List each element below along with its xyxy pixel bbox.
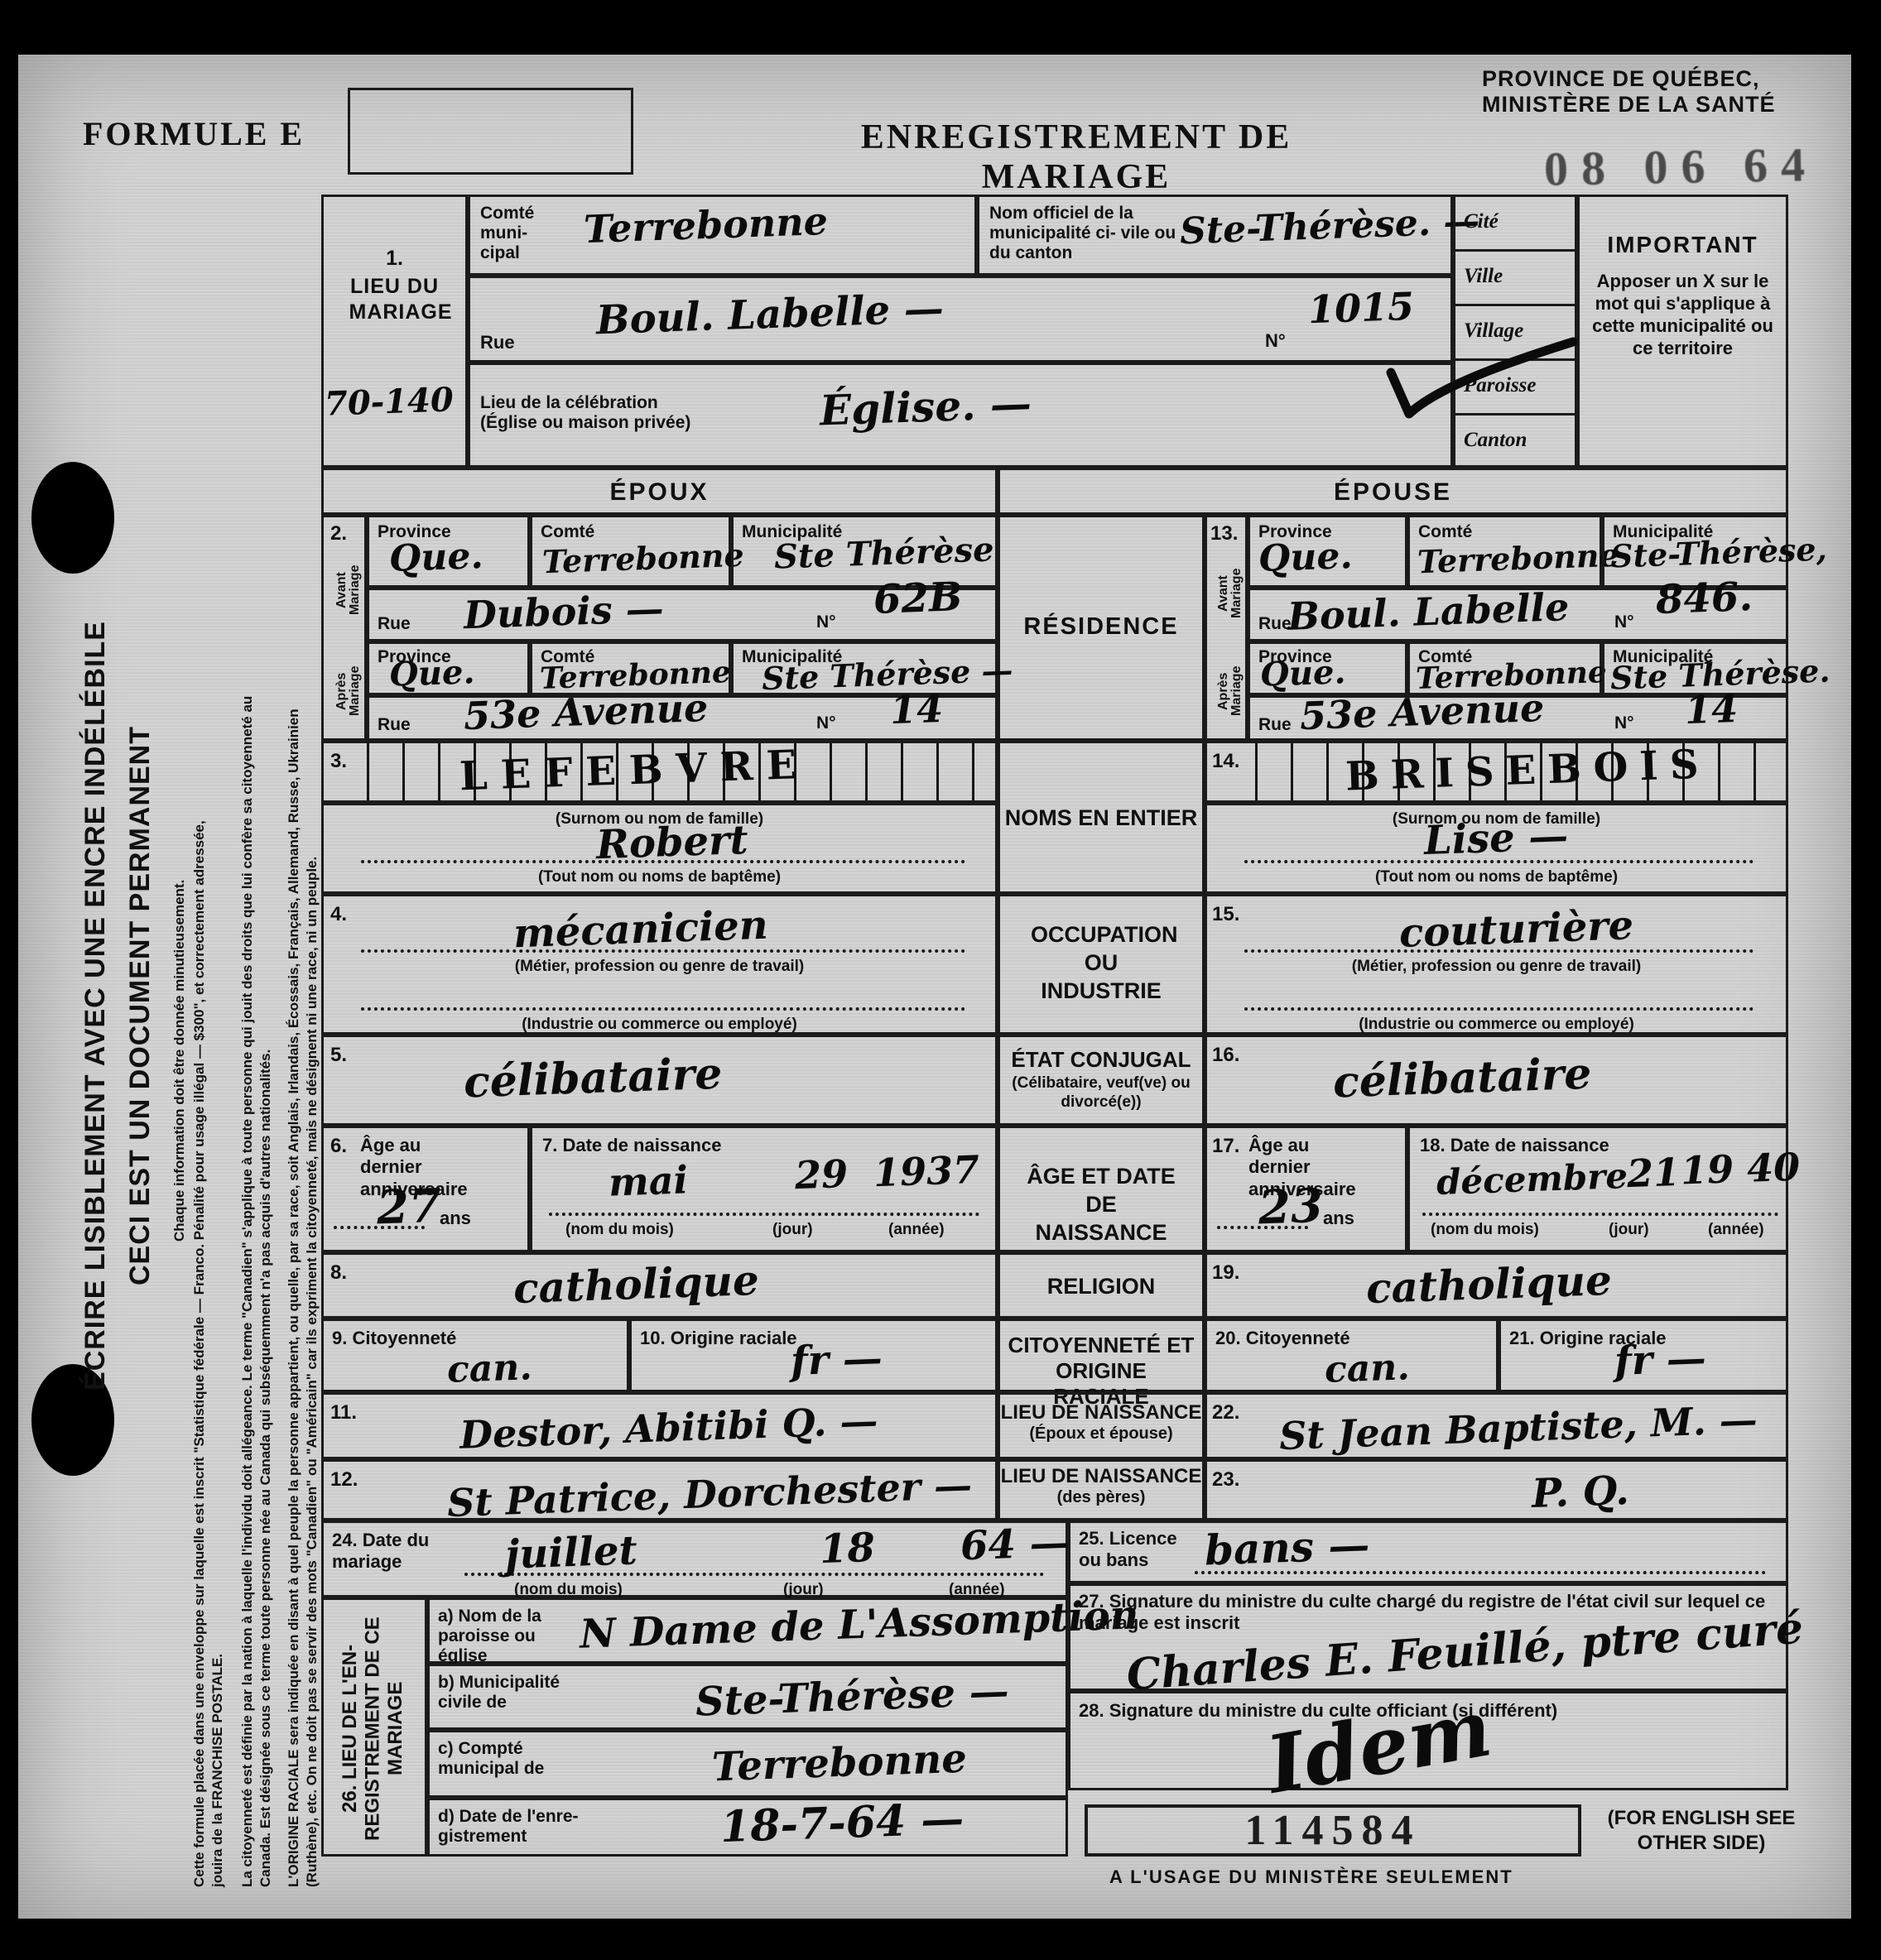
- epouse-citoyennete-label: 20. Citoyenneté: [1215, 1328, 1496, 1349]
- ministry-use-note: A L'USAGE DU MINISTÈRE SEULEMENT: [1109, 1866, 1513, 1888]
- section1-label-cell: 1. LIEU DU MARIAGE: [321, 195, 468, 468]
- hw-date-mariage-annee: 64 —: [960, 1520, 1070, 1570]
- given-caption-epoux: (Tout nom ou noms de baptême): [324, 868, 995, 886]
- page-title: ENREGISTREMENT DE MARIAGE: [770, 118, 1383, 197]
- epouse-age-number: 17.: [1212, 1135, 1239, 1158]
- margin-note-4: L'ORIGINE RACIALE sera indiquée en disan…: [285, 687, 321, 1887]
- residence-label: RÉSIDENCE: [1023, 613, 1178, 640]
- hw-licence: bans —: [1204, 1520, 1370, 1575]
- given-caption-epouse: (Tout nom ou noms de baptême): [1207, 868, 1786, 886]
- epouse-occupation-number: 15.: [1212, 903, 1239, 926]
- hw-epouse-apres-rue: 53e Avenue: [1299, 685, 1545, 738]
- hw-epoux-avant-municipalite: Ste Thérèse: [773, 530, 994, 576]
- margin-note-1: Chaque information doit être donnée minu…: [171, 414, 188, 1242]
- epouse-birthplace-number: 22.: [1212, 1401, 1239, 1424]
- religion-center-cell: RELIGION: [998, 1252, 1205, 1319]
- ministry-line2: MINISTÈRE DE LA SANTÉ: [1482, 92, 1805, 118]
- d24-cap-mois: (nom du mois): [514, 1581, 623, 1599]
- noms-center-label: NOMS EN ENTIER: [1000, 805, 1202, 831]
- age-center-cell: ÂGE ET DATE DE NAISSANCE: [998, 1126, 1205, 1252]
- section26-label: 26. LIEU DE L'EN- REGISTREMENT DE CE MAR…: [339, 1607, 413, 1851]
- empty-header-box: [348, 88, 633, 175]
- margin-note-3: La citoyenneté est définie par la nation…: [238, 687, 275, 1887]
- epoux-cap-mois: (nom du mois): [565, 1221, 674, 1239]
- hw-epouse-citoyennete: can.: [1324, 1346, 1410, 1391]
- epouse-father-birthplace-number: 23.: [1212, 1468, 1239, 1492]
- hw-epoux-dob-annee: 1937: [873, 1147, 980, 1195]
- hw-epoux-age: 27: [376, 1179, 442, 1236]
- noms-center-cell: NOMS EN ENTIER: [998, 741, 1205, 894]
- birthplace-center-label: LIEU DE NAISSANCE: [1000, 1401, 1202, 1424]
- occupation-center-cell: OCCUPATION OU INDUSTRIE: [998, 894, 1205, 1035]
- margin-warning-line1: ÉCRIRE LISIBLEMENT AVEC UNE ENCRE INDÉLÉ…: [79, 368, 112, 1643]
- date-stamp: 08 06 64: [1543, 137, 1818, 197]
- option-ville: Ville: [1455, 252, 1575, 306]
- father-birthplace-center-sub: (des pères): [1000, 1488, 1202, 1507]
- important-title: IMPORTANT: [1580, 232, 1786, 258]
- occupation-caption1-epouse: (Métier, profession ou genre de travail): [1207, 958, 1786, 976]
- epoux-cap-jour: (jour): [772, 1221, 813, 1239]
- no-label: N°: [1265, 330, 1286, 352]
- section1-number: 1.: [324, 247, 465, 271]
- row26b-label: b) Municipalité civile de: [438, 1673, 579, 1713]
- etat-center-cell: ÉTAT CONJUGAL (Célibataire, veuf(ve) ou …: [998, 1035, 1205, 1126]
- epoux-surname-number: 3.: [330, 750, 347, 773]
- hw-epouse-apres-province: Que.: [1259, 652, 1346, 694]
- epoux-father-birthplace-number: 12.: [330, 1468, 358, 1492]
- epoux-header-label: ÉPOUX: [609, 478, 709, 506]
- hw-epouse-dob-mois: décembre: [1436, 1155, 1628, 1203]
- comte-municipal-label: Comté muni- cipal: [480, 204, 559, 263]
- epoux-age-number: 6.: [330, 1135, 347, 1158]
- english-note: (FOR ENGLISH SEE OTHER SIDE): [1606, 1806, 1797, 1856]
- serial-box: 114584: [1085, 1804, 1581, 1857]
- hw-epoux-dob-jour: 29: [794, 1151, 849, 1198]
- epouse-apres-label: Après Mariage: [1217, 646, 1244, 737]
- residence-center-cell: RÉSIDENCE: [998, 515, 1205, 741]
- no-label-w3: N°: [1614, 713, 1634, 733]
- nom-officiel-label: Nom officiel de la municipalité ci- vile…: [989, 204, 1184, 263]
- hw-epouse-origine: fr —: [1614, 1335, 1707, 1385]
- hw-epouse-dob-annee: 19 40: [1680, 1145, 1801, 1194]
- rue-label-3: Rue: [378, 715, 411, 735]
- hw-epoux-citoyennete: can.: [446, 1346, 532, 1391]
- birthplace-center-cell: LIEU DE NAISSANCE (Époux et épouse): [998, 1392, 1205, 1459]
- date-mariage-label: 24. Date du mariage: [332, 1530, 448, 1573]
- hw-epouse-avant-no: 846.: [1655, 574, 1754, 623]
- hw-epoux-etat: célibataire: [463, 1049, 723, 1108]
- section26-side-cell: 26. LIEU DE L'EN- REGISTREMENT DE CE MAR…: [321, 1597, 427, 1857]
- hw-epoux-apres-rue: 53e Avenue: [463, 685, 709, 738]
- epouse-residence-number: 13.: [1210, 522, 1238, 545]
- ministry-line1: PROVINCE DE QUÉBEC,: [1482, 66, 1805, 92]
- epouse-father-birthplace-cell: 23.: [1205, 1459, 1788, 1520]
- epoux-avant-label: Avant Mariage: [335, 549, 362, 632]
- hw-epoux-religion: catholique: [512, 1256, 760, 1313]
- etat-center-sub: (Célibataire, veuf(ve) ou divorcé(e)): [1007, 1074, 1195, 1112]
- etat-center-label: ÉTAT CONJUGAL: [1000, 1047, 1202, 1073]
- important-cell: IMPORTANT Apposer un X sur le mot qui s'…: [1577, 195, 1788, 468]
- row26c-label: c) Compté municipal de: [438, 1739, 595, 1779]
- hw-comte-municipal: Terrebonne: [583, 199, 829, 252]
- hw-epoux-occupation: mécanicien: [512, 902, 768, 958]
- no-label-2: N°: [816, 612, 836, 632]
- hw-code: 70-140: [324, 380, 454, 423]
- epoux-cap-annee: (année): [888, 1221, 945, 1239]
- scanned-marriage-registration: { "colors": {"paper":"#d3d3d3","ink":"#1…: [0, 0, 1881, 1960]
- hw-epoux-given: Robert: [595, 817, 748, 868]
- ministry-block: PROVINCE DE QUÉBEC, MINISTÈRE DE LA SANT…: [1482, 66, 1805, 118]
- occupation-center-label: OCCUPATION OU INDUSTRIE: [1031, 921, 1171, 1005]
- d24-cap-jour: (jour): [783, 1581, 824, 1599]
- epoux-citoyennete-label: 9. Citoyenneté: [332, 1328, 627, 1349]
- no-label-3: N°: [816, 713, 836, 733]
- hw-epouse-avant-municipalite: Ste-Thérèse,: [1609, 530, 1827, 574]
- father-birthplace-center-cell: LIEU DE NAISSANCE (des pères): [998, 1459, 1205, 1520]
- hw-date-mariage-mois: juillet: [504, 1527, 638, 1578]
- epoux-religion-number: 8.: [330, 1261, 347, 1285]
- epoux-etat-number: 5.: [330, 1044, 347, 1067]
- paroisse-check-icon: [1366, 335, 1581, 426]
- occupation-caption1-epoux: (Métier, profession ou genre de travail): [324, 958, 995, 976]
- epouse-cap-jour: (jour): [1609, 1221, 1649, 1239]
- hw-epoux-origine: fr —: [790, 1335, 883, 1385]
- hw-date-mariage-jour: 18: [819, 1525, 876, 1573]
- epouse-religion-number: 19.: [1212, 1261, 1239, 1285]
- hw-epouse-father-birthplace: P. Q.: [1531, 1468, 1630, 1517]
- option-cite: Cité: [1455, 197, 1575, 252]
- hw-epoux-apres-province: Que.: [388, 652, 475, 694]
- hw-epouse-dob-jour: 21: [1626, 1150, 1681, 1196]
- hw-epouse-apres-no: 14: [1684, 686, 1739, 733]
- epouse-header: ÉPOUSE: [998, 468, 1788, 515]
- hw-date-enregistrement: 18-7-64 —: [719, 1794, 965, 1852]
- epoux-residence-number: 2.: [330, 522, 347, 545]
- rue-label-2: Rue: [378, 614, 411, 634]
- licence-cell: 25. Licence ou bans: [1068, 1520, 1788, 1583]
- epoux-birthplace-number: 11.: [330, 1401, 357, 1424]
- epouse-ans-label: ans: [1323, 1208, 1354, 1229]
- epouse-avant-label: Avant Mariage: [1217, 552, 1244, 635]
- hw-epouse-avant-comte: Terrebonne: [1417, 536, 1619, 580]
- hw-epoux-dob-mois: mai: [608, 1157, 689, 1204]
- epoux-ans-label: ans: [440, 1208, 471, 1229]
- citoyennete-center-cell: CITOYENNETÉ ET ORIGINE RACIALE: [998, 1319, 1205, 1392]
- rue-label-w: Rue: [1258, 614, 1292, 634]
- epouse-etat-number: 16.: [1212, 1044, 1239, 1067]
- epoux-residence-side-cell: 2. Avant Mariage Après Mariage: [321, 515, 367, 741]
- epouse-header-label: ÉPOUSE: [1334, 478, 1452, 506]
- hw-epoux-avant-no: 62B: [873, 574, 963, 623]
- age-center-label: ÂGE ET DATE DE NAISSANCE: [1018, 1163, 1184, 1247]
- epoux-header: ÉPOUX: [321, 468, 998, 515]
- hw-epouse-age: 23: [1258, 1179, 1324, 1236]
- epoux-apres-label: Après Mariage: [335, 646, 362, 737]
- margin-note-2: Cette formule placée dans une enveloppe …: [190, 811, 227, 1887]
- epoux-occupation-number: 4.: [330, 903, 347, 926]
- epouse-surname-number: 14.: [1212, 750, 1239, 773]
- epouse-cap-annee: (année): [1708, 1221, 1764, 1239]
- row26d-label: d) Date de l'enre- gistrement: [438, 1807, 579, 1847]
- father-birthplace-center-label: LIEU DE NAISSANCE: [1000, 1465, 1202, 1488]
- hw-epoux-avant-province: Que.: [388, 535, 483, 580]
- hw-epouse-avant-province: Que.: [1258, 535, 1353, 580]
- occupation-caption2-epouse: (Industrie ou commerce ou employé): [1207, 1016, 1786, 1034]
- hw-epouse-occupation: couturière: [1398, 902, 1634, 957]
- row26a-label: a) Nom de la paroisse ou église: [438, 1607, 579, 1666]
- epouse-cap-mois: (nom du mois): [1431, 1221, 1539, 1239]
- section1-title: LIEU DU MARIAGE: [349, 274, 440, 326]
- no-label-w: N°: [1614, 612, 1634, 632]
- hw-epoux-apres-no: 14: [889, 686, 944, 733]
- hw-epouse-given: Lise —: [1423, 813, 1569, 864]
- margin-warning-line2: CECI EST UN DOCUMENT PERMANENT: [124, 368, 156, 1643]
- date-mariage-cell: 24. Date du mariage (nom du mois) (jour)…: [321, 1520, 1068, 1597]
- hw-epouse-religion: catholique: [1365, 1256, 1613, 1313]
- rue-label: Rue: [480, 332, 515, 353]
- occupation-caption2-epoux: (Industrie ou commerce ou employé): [324, 1016, 995, 1034]
- hw-epouse-etat: célibataire: [1332, 1049, 1592, 1108]
- licence-label: 25. Licence ou bans: [1079, 1528, 1178, 1572]
- important-text: Apposer un X sur le mot qui s'applique à…: [1590, 270, 1776, 359]
- serial-number: 114584: [1244, 1807, 1421, 1854]
- form-code: FORMULE E: [83, 114, 305, 153]
- hw-rue-no: 1015: [1307, 284, 1415, 332]
- hw-epoux-avant-comte: Terrebonne: [541, 536, 744, 580]
- birthplace-center-sub: (Époux et épouse): [1000, 1424, 1202, 1444]
- rue-label-w3: Rue: [1258, 715, 1292, 735]
- municipality-type-table: Cité Ville Village Paroisse Canton: [1453, 195, 1577, 468]
- religion-center-label: RELIGION: [1047, 1274, 1156, 1299]
- hw-comte-enregistrement: Terrebonne: [711, 1736, 968, 1791]
- epouse-residence-side-cell: 13. Avant Mariage Après Mariage: [1205, 515, 1248, 741]
- hw-celebration: Église. —: [819, 379, 1032, 435]
- hw-epoux-avant-rue: Dubois —: [463, 586, 664, 637]
